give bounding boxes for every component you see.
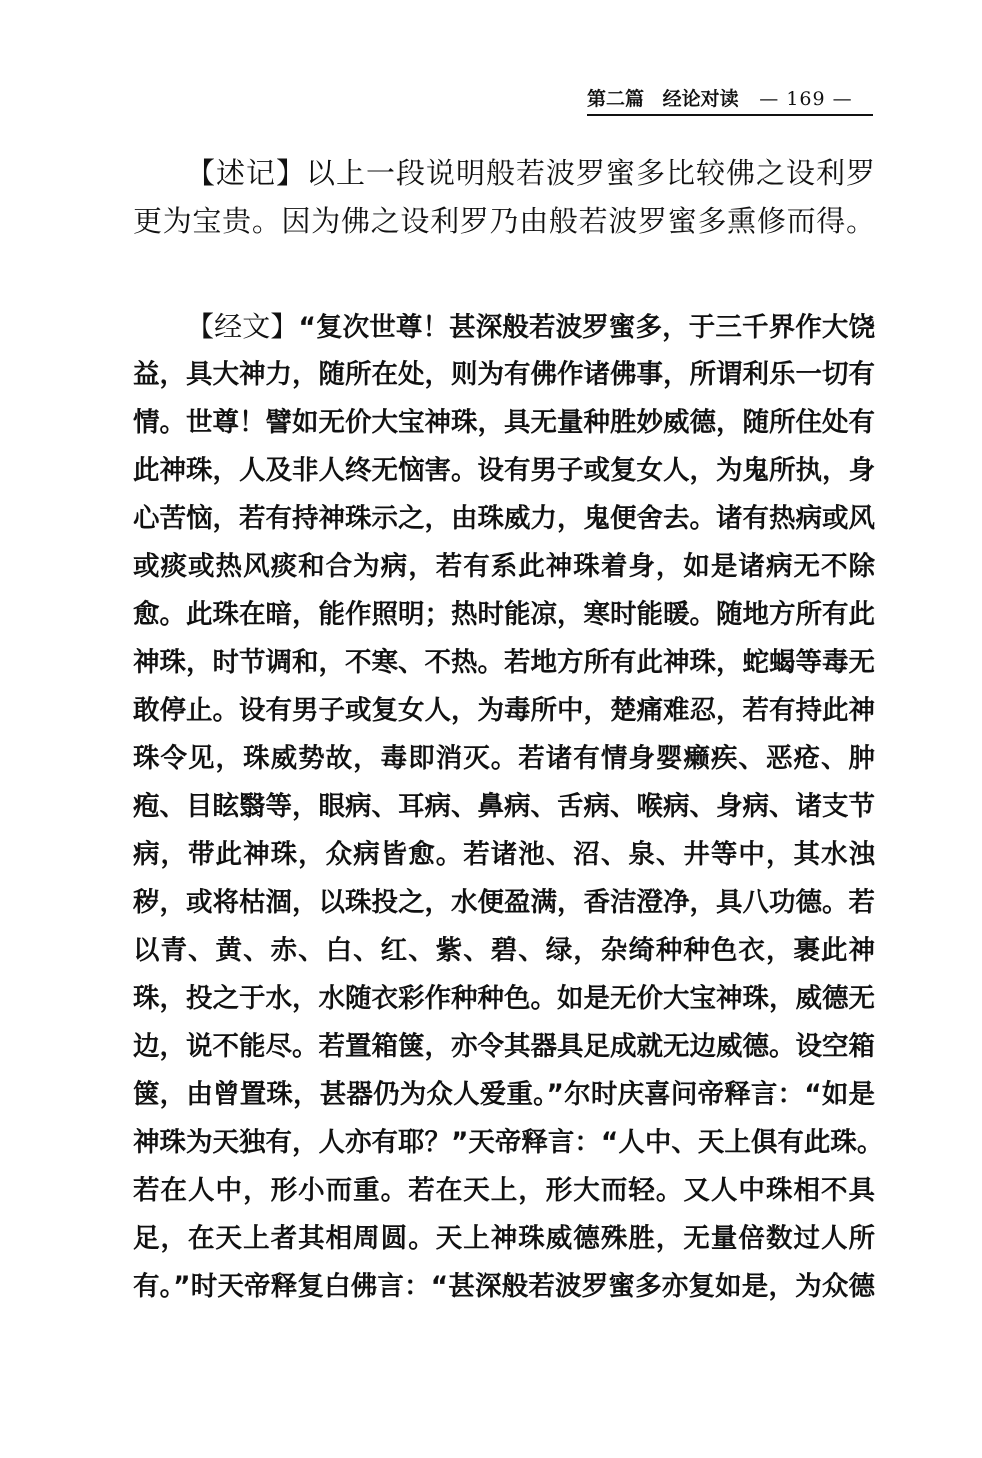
header-section: 第二篇 [587, 86, 644, 112]
sutra-line: 箧，由曾置珠，甚器仍为众人爱重。”尔时庆喜问帝释言：“如是 [133, 1075, 875, 1115]
sutra-line: 若在人中，形小而重。若在天上，形大而轻。又人中珠相不具 [133, 1171, 875, 1211]
header-title: 经论对读 [663, 86, 739, 112]
commentary-tag: 【述记】 [186, 156, 306, 190]
sutra-line: 或痰或热风痰和合为病，若有系此神珠着身，如是诸病无不除 [133, 547, 875, 587]
sutra-line: 愈。此珠在暗，能作照明；热时能凉，寒时能暖。随地方所有此 [133, 595, 875, 635]
sutra-line: 益，具大神力，随所在处，则为有佛作诸佛事，所谓利乐一切有 [133, 355, 875, 395]
sutra-line: 珠，投之于水，水随衣彩作种种色。如是无价大宝神珠，威德无 [133, 979, 875, 1019]
sutra-line-1: 【经文】“复次世尊！甚深般若波罗蜜多，于三千界作大饶 [186, 307, 875, 347]
commentary-line-1: 【述记】以上一段说明般若波罗蜜多比较佛之设利罗 [186, 153, 875, 193]
sutra-line: 病，带此神珠，众病皆愈。若诸池、沼、泉、井等中，其水浊 [133, 835, 875, 875]
sutra-line: 心苦恼，若有持神珠示之，由珠威力，鬼便舍去。诸有热病或风 [133, 499, 875, 539]
sutra-line: 情。世尊！譬如无价大宝神珠，具无量种胜妙威德，随所住处有 [133, 403, 875, 443]
sutra-line: 疱、目眩翳等，眼病、耳病、鼻病、舌病、喉病、身病、诸支节 [133, 787, 875, 827]
running-header: 第二篇 经论对读 — 169 — [587, 86, 873, 116]
sutra-line: 此神珠，人及非人终无恼害。设有男子或复女人，为鬼所执，身 [133, 451, 875, 491]
sutra-tag: 【经文】 [186, 310, 299, 343]
sutra-line: 秽，或将枯涸，以珠投之，水便盈满，香洁澄净，具八功德。若 [133, 883, 875, 923]
sutra-line: 足，在天上者其相周圆。天上神珠威德殊胜，无量倍数过人所 [133, 1219, 875, 1259]
sutra-line: 珠令见，珠威势故，毒即消灭。若诸有情身婴癞疾、恶疮、肿 [133, 739, 875, 779]
sutra-line: 神珠为天独有，人亦有耶？”天帝释言：“人中、天上俱有此珠。 [133, 1123, 875, 1163]
sutra-line: 神珠，时节调和，不寒、不热。若地方所有此神珠，蛇蝎等毒无 [133, 643, 875, 683]
sutra-line: 以青、黄、赤、白、红、紫、碧、绿，杂绮种种色衣，裹此神 [133, 931, 875, 971]
sutra-line: 有。”时天帝释复白佛言：“甚深般若波罗蜜多亦复如是，为众德 [133, 1267, 875, 1307]
commentary-line-2: 更为宝贵。因为佛之设利罗乃由般若波罗蜜多熏修而得。 [133, 201, 875, 241]
sutra-line: 敢停止。设有男子或复女人，为毒所中，楚痛难忍，若有持此神 [133, 691, 875, 731]
sutra-line: 边，说不能尽。若置箱箧，亦令其器具足成就无边威德。设空箱 [133, 1027, 875, 1067]
page-number: — 169 — [759, 86, 852, 112]
